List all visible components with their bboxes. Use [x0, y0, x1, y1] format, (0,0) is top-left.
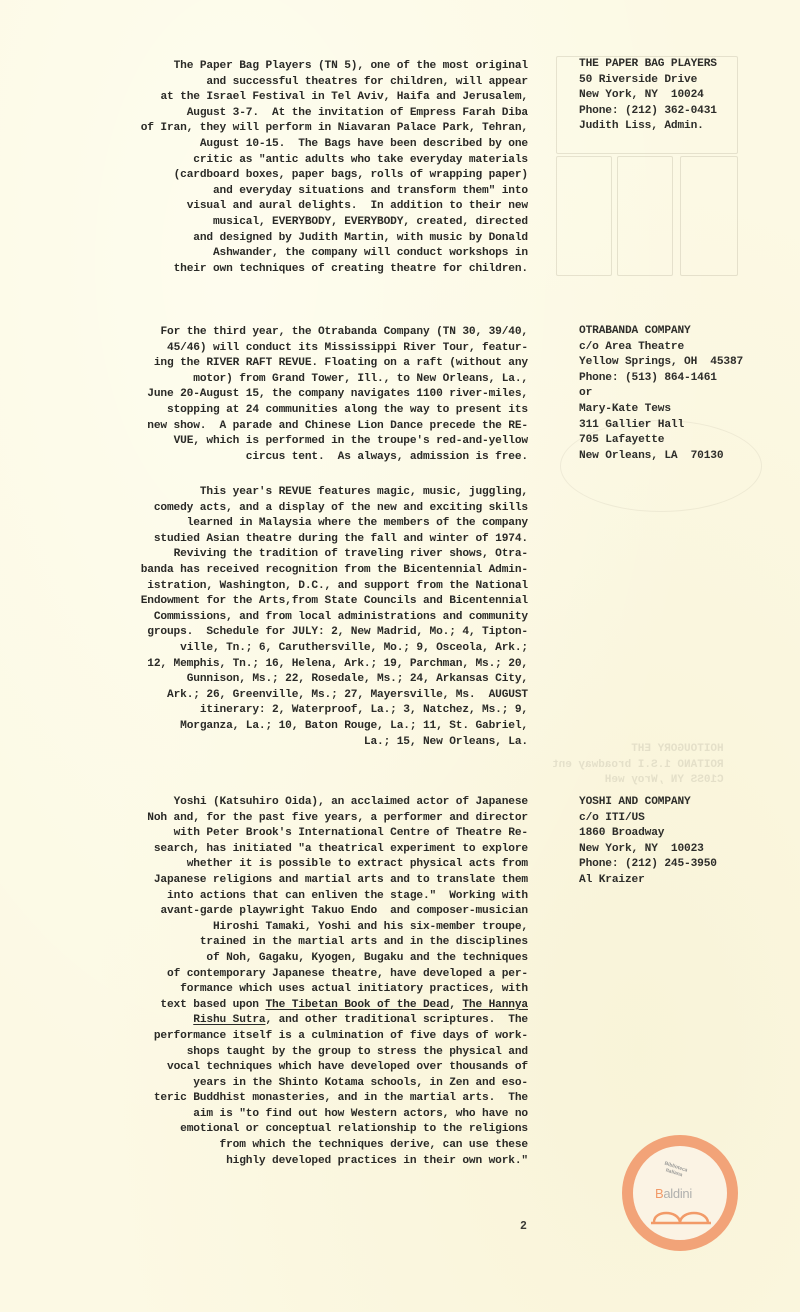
- article-line: Commissions, and from local administrati…: [70, 610, 528, 626]
- article-line: VUE, which is performed in the troupe's …: [70, 434, 528, 450]
- show-through-frame: [556, 156, 612, 276]
- article-line: and successful theatres for children, wi…: [70, 75, 528, 91]
- article-line: June 20-August 15, the company navigates…: [70, 387, 528, 403]
- contact-line: 311 Gallier Hall: [579, 418, 743, 434]
- article-line: trained in the martial arts and in the d…: [70, 935, 528, 951]
- article-line: whether it is possible to extract physic…: [70, 857, 528, 873]
- article-line: banda has received recognition from the …: [70, 563, 528, 579]
- page-number: 2: [520, 1220, 527, 1233]
- article-line: of Noh, Gagaku, Kyogen, Bugaku and the t…: [70, 951, 528, 967]
- article-line: ville, Tn.; 6, Caruthersville, Mo.; 9, O…: [70, 641, 528, 657]
- article-line: search, has initiated "a theatrical expe…: [70, 842, 528, 858]
- article-line: and designed by Judith Martin, with musi…: [70, 231, 528, 247]
- article-line: and everyday situations and transform th…: [70, 184, 528, 200]
- article-line: ing the RIVER RAFT REVUE. Floating on a …: [70, 356, 528, 372]
- contact-line: Mary-Kate Tews: [579, 402, 743, 418]
- article-line: Ark.; 26, Greenville, Ms.; 27, Mayersvil…: [70, 688, 528, 704]
- show-through-frame: [617, 156, 673, 276]
- article-line: avant-garde playwright Takuo Endo and co…: [70, 904, 528, 920]
- article-line: visual and aural delights. In addition t…: [70, 199, 528, 215]
- contact-line: New York, NY 10023: [579, 842, 717, 858]
- article-line: Hiroshi Tamaki, Yoshi and his six-member…: [70, 920, 528, 936]
- article-line: Reviving the tradition of traveling rive…: [70, 547, 528, 563]
- article-line: vocal techniques which have developed ov…: [70, 1060, 528, 1076]
- article-line: groups. Schedule for JULY: 2, New Madrid…: [70, 625, 528, 641]
- article-line: itinerary: 2, Waterproof, La.; 3, Natche…: [70, 703, 528, 719]
- article-line: istration, Washington, D.C., and support…: [70, 579, 528, 595]
- stamp-name: Baldini: [655, 1186, 692, 1201]
- article-line: learned in Malaysia where the members of…: [70, 516, 528, 532]
- article-line: The Paper Bag Players (TN 5), one of the…: [70, 59, 528, 75]
- contact-line: YOSHI AND COMPANY: [579, 795, 717, 811]
- contact-line: 705 Lafayette: [579, 433, 743, 449]
- article-line: shops taught by the group to stress the …: [70, 1045, 528, 1061]
- article-line: years in the Shinto Kotama schools, in Z…: [70, 1076, 528, 1092]
- article-line: teric Buddhist monasteries, and in the m…: [70, 1091, 528, 1107]
- open-book-icon: [650, 1204, 712, 1226]
- article-line: of contemporary Japanese theatre, have d…: [70, 967, 528, 983]
- article-paper-bag-players: The Paper Bag Players (TN 5), one of the…: [70, 59, 528, 277]
- contact-line: Phone: (212) 245-3950: [579, 857, 717, 873]
- contact-yoshi: YOSHI AND COMPANYc/o ITI/US1860 Broadway…: [579, 795, 717, 889]
- contact-line: c/o ITI/US: [579, 811, 717, 827]
- article-line: August 10-15. The Bags have been describ…: [70, 137, 528, 153]
- article-line: into actions that can enliven the stage.…: [70, 889, 528, 905]
- article-line: aim is "to find out how Western actors, …: [70, 1107, 528, 1123]
- contact-line: THE PAPER BAG PLAYERS: [579, 57, 717, 73]
- contact-line: Yellow Springs, OH 45387: [579, 355, 743, 371]
- article-line: For the third year, the Otrabanda Compan…: [70, 325, 528, 341]
- article-line: critic as "antic adults who take everyda…: [70, 153, 528, 169]
- article-line: of Iran, they will perform in Niavaran P…: [70, 121, 528, 137]
- book-title-tibetan-book-of-the-dead: The Tibetan Book of the Dead: [265, 999, 449, 1011]
- book-title-hannya-rishu-sutra-part1: The Hannya: [462, 999, 528, 1011]
- article-line: Endowment for the Arts,from State Counci…: [70, 594, 528, 610]
- article-line: Yoshi (Katsuhiro Oida), an acclaimed act…: [70, 795, 528, 811]
- article-line: text based upon The Tibetan Book of the …: [70, 998, 528, 1014]
- stamp-small-text: Biblioteca Italiana: [662, 1161, 688, 1180]
- article-line: Morganza, La.; 10, Baton Rouge, La.; 11,…: [70, 719, 528, 735]
- show-through-frame: [680, 156, 738, 276]
- article-line: Ashwander, the company will conduct work…: [70, 246, 528, 262]
- article-line: with Peter Brook's International Centre …: [70, 826, 528, 842]
- article-line: La.; 15, New Orleans, La.: [70, 735, 528, 751]
- contact-line: 1860 Broadway: [579, 826, 717, 842]
- article-otrabanda: For the third year, the Otrabanda Compan…: [70, 325, 528, 465]
- contact-line: Al Kraizer: [579, 873, 717, 889]
- article-line: new show. A parade and Chinese Lion Danc…: [70, 419, 528, 435]
- article-line: performance itself is a culmination of f…: [70, 1029, 528, 1045]
- article-line: 12, Memphis, Tn.; 16, Helena, Ark.; 19, …: [70, 657, 528, 673]
- contact-line: OTRABANDA COMPANY: [579, 324, 743, 340]
- contact-line: 50 Riverside Drive: [579, 73, 717, 89]
- article-line: comedy acts, and a display of the new an…: [70, 501, 528, 517]
- library-stamp-logo: Biblioteca Italiana Baldini: [622, 1135, 738, 1251]
- contact-line: c/o Area Theatre: [579, 340, 743, 356]
- article-line: studied Asian theatre during the fall an…: [70, 532, 528, 548]
- article-line: at the Israel Festival in Tel Aviv, Haif…: [70, 90, 528, 106]
- article-otrabanda-revue: This year's REVUE features magic, music,…: [70, 485, 528, 750]
- document-page: HOITOUGORY EHT ROITANO 1.S.I broadway en…: [0, 0, 800, 1312]
- article-line: emotional or conceptual relationship to …: [70, 1122, 528, 1138]
- contact-line: Judith Liss, Admin.: [579, 119, 717, 135]
- article-line: their own techniques of creating theatre…: [70, 262, 528, 278]
- article-line: formance which uses actual initiatory pr…: [70, 982, 528, 998]
- article-line: stopping at 24 communities along the way…: [70, 403, 528, 419]
- article-line: August 3-7. At the invitation of Empress…: [70, 106, 528, 122]
- article-line: motor) from Grand Tower, Ill., to New Or…: [70, 372, 528, 388]
- contact-paper-bag-players: THE PAPER BAG PLAYERS50 Riverside DriveN…: [579, 57, 717, 135]
- article-line: Noh and, for the past five years, a perf…: [70, 811, 528, 827]
- article-line: from which the techniques derive, can us…: [70, 1138, 528, 1154]
- show-through-text: HOITOUGORY EHT ROITANO 1.S.I broadway en…: [552, 742, 724, 789]
- article-yoshi: Yoshi (Katsuhiro Oida), an acclaimed act…: [70, 795, 528, 1169]
- contact-line: Phone: (513) 864-1461: [579, 371, 743, 387]
- article-line: 45/46) will conduct its Mississippi Rive…: [70, 341, 528, 357]
- article-line: This year's REVUE features magic, music,…: [70, 485, 528, 501]
- contact-line: or: [579, 386, 743, 402]
- contact-line: New Orleans, LA 70130: [579, 449, 743, 465]
- article-line: (cardboard boxes, paper bags, rolls of w…: [70, 168, 528, 184]
- book-title-hannya-rishu-sutra-part2: Rishu Sutra: [193, 1014, 265, 1026]
- article-line: circus tent. As always, admission is fre…: [70, 450, 528, 466]
- article-line: highly developed practices in their own …: [70, 1154, 528, 1170]
- contact-line: Phone: (212) 362-0431: [579, 104, 717, 120]
- article-line: musical, EVERYBODY, EVERYBODY, created, …: [70, 215, 528, 231]
- article-line: Gunnison, Ms.; 22, Rosedale, Ms.; 24, Ar…: [70, 672, 528, 688]
- contact-otrabanda: OTRABANDA COMPANYc/o Area TheatreYellow …: [579, 324, 743, 464]
- contact-line: New York, NY 10024: [579, 88, 717, 104]
- article-line: Rishu Sutra, and other traditional scrip…: [70, 1013, 528, 1029]
- article-line: Japanese religions and martial arts and …: [70, 873, 528, 889]
